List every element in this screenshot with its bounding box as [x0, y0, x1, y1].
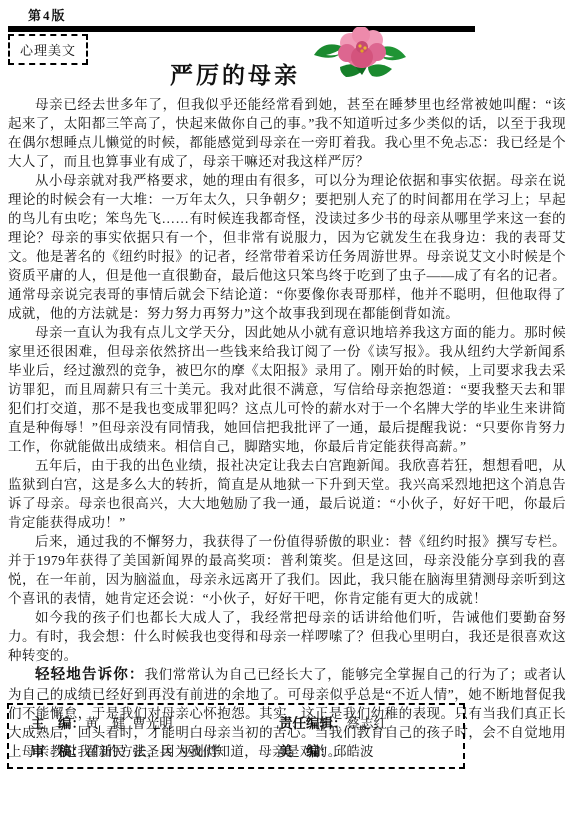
article-paragraph: 母亲一直认为我有点儿文学天分，因此她从小就有意识地培养我这方面的能力。那时候家里…	[8, 323, 566, 456]
editor-credits-box: 主 编：黄 健 曹光明 责任编辑：蔡志红 审 稿：翟新民 张圣兵 巫灿烨 美 编…	[7, 703, 465, 769]
credits-row: 审 稿：翟新民 张圣兵 巫灿烨 美 编：邱皓波	[9, 736, 463, 764]
responsible-editor-name: 蔡志红	[347, 712, 388, 732]
responsible-editor-label: 责任编辑：	[279, 712, 347, 732]
chief-editor-names: 黄 健 曹光明	[85, 712, 173, 732]
article-paragraph: 五年后，由于我的出色业绩，报社决定让我去白宫跑新闻。我欣喜若狂，想想看吧，从监狱…	[8, 456, 566, 532]
edition-label: 第4版	[28, 5, 67, 24]
article-title: 严厉的母亲	[0, 57, 470, 90]
art-editor-label: 美 编：	[279, 740, 333, 760]
article-paragraph: 母亲已经去世多年了，但我似乎还能经常看到她，甚至在睡梦里也经常被她叫醒：“该起来…	[8, 95, 566, 171]
credits-row: 主 编：黄 健 曹光明 责任编辑：蔡志红	[9, 708, 463, 736]
art-editor-name: 邱皓波	[333, 740, 374, 760]
article-paragraph: 从小母亲就对我严格要求，她的理由有很多，可以分为理论依据和事实依据。母亲在说理论…	[8, 171, 566, 323]
reviewer-label: 审 稿：	[31, 740, 85, 760]
reviewer-names: 翟新民 张圣兵 巫灿烨	[85, 740, 220, 760]
highlight-prefix: 轻轻地告诉你：	[35, 667, 145, 683]
article-paragraph: 如今我的孩子们也都长大成人了，我经常把母亲的话讲给他们听，告诫他们要勤奋努力。有…	[8, 608, 566, 665]
chief-editor-label: 主 编：	[31, 712, 85, 732]
article-paragraph: 后来，通过我的不懈努力，我获得了一份值得骄傲的职业：替《纽约时报》撰写专栏。并于…	[8, 532, 566, 608]
newspaper-page: 第4版 心理美文 严厉的母亲 母亲已经去世多年了，但我似乎还能	[0, 0, 578, 827]
article-body: 母亲已经去世多年了，但我似乎还能经常看到她，甚至在睡梦里也经常被她叫醒：“该起来…	[8, 95, 566, 761]
